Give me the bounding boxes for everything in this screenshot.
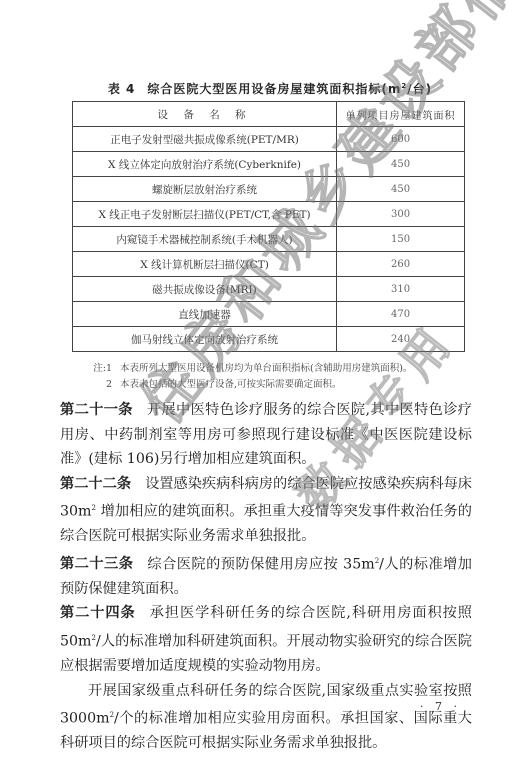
table-caption: 表 4综合医院大型医用设备房屋建筑面积指标(m2/台) (60, 80, 480, 97)
equipment-name: X 线立体定向放射治疗系统(Cyberknife) (73, 152, 337, 177)
article-text: /人的标准增加科研建筑面积。开展动物实验研究的综合医院应根据需要增加适度规模的实… (60, 634, 472, 675)
equipment-name: 伽马射线立体定向放射治疗系统 (73, 327, 337, 352)
table-number: 表 4 (108, 82, 136, 96)
body-text: 第二十一条开展中医特色诊疗服务的综合医院,其中医特色诊疗用房、中药制剂室等用房可… (60, 398, 472, 756)
table-row: X 线计算机断层扫描仪(CT) 260 (73, 252, 465, 277)
area-value: 470 (337, 302, 465, 327)
table-row: 正电子发射型磁共振成像系统(PET/MR) 600 (73, 127, 465, 152)
area-value: 310 (337, 277, 465, 302)
area-value: 240 (337, 327, 465, 352)
area-value: 600 (337, 127, 465, 152)
note-text: 本表未包括的大型医疗设备,可按实际需要确定面积。 (120, 377, 342, 393)
table-title: 综合医院大型医用设备房屋建筑面积指标(m (147, 82, 401, 96)
equipment-area-table: 设 备 名 称 单列项目房屋建筑面积 正电子发射型磁共振成像系统(PET/MR)… (72, 101, 465, 352)
table-notes: 注:1 本表所列大型医用设备机房均为单台面积指标(含辅助用房建筑面积)。 2 本… (72, 361, 492, 393)
document-page: 表 4综合医院大型医用设备房屋建筑面积指标(m2/台) 设 备 名 称 单列项目… (0, 0, 529, 767)
table-row: 内窥镜手术器械控制系统(手术机器人) 150 (73, 227, 465, 252)
article-text: 综合医院的预防保健用房应按 35m (147, 556, 374, 572)
note-item: 2 本表未包括的大型医疗设备,可按实际需要确定面积。 (72, 377, 492, 393)
article-title: 第二十二条 (60, 476, 131, 492)
article-title: 第二十三条 (60, 556, 133, 572)
table-row: 磁共振成像设备(MRI) 310 (73, 277, 465, 302)
equipment-name: 磁共振成像设备(MRI) (73, 277, 337, 302)
article-title: 第二十四条 (60, 605, 136, 621)
area-value: 150 (337, 227, 465, 252)
article-24: 第二十四条承担医学科研任务的综合医院,科研用房面积按照 50m2/人的标准增加科… (60, 601, 472, 678)
area-value: 450 (337, 152, 465, 177)
table-row: 伽马射线立体定向放射治疗系统 240 (73, 327, 465, 352)
area-value: 260 (337, 252, 465, 277)
note-item: 注:1 本表所列大型医用设备机房均为单台面积指标(含辅助用房建筑面积)。 (72, 361, 492, 377)
header-equipment-name: 设 备 名 称 (73, 102, 337, 127)
table-row: X 线正电子发射断层扫描仪(PET/CT,含 PET) 300 (73, 202, 465, 227)
equipment-name: X 线计算机断层扫描仪(CT) (73, 252, 337, 277)
article-title: 第二十一条 (60, 402, 133, 418)
table-row: X 线立体定向放射治疗系统(Cyberknife) 450 (73, 152, 465, 177)
page-number: · 7 · (420, 700, 461, 713)
article-21: 第二十一条开展中医特色诊疗服务的综合医院,其中医特色诊疗用房、中药制剂室等用房可… (60, 398, 472, 472)
paragraph-text: /个的标准增加相应实验用房面积。承担国家、国际重大科研项目的综合医院可根据实际业… (60, 711, 472, 752)
header-area: 单列项目房屋建筑面积 (337, 102, 465, 127)
equipment-name: 内窥镜手术器械控制系统(手术机器人) (73, 227, 337, 252)
article-22: 第二十二条设置感染疾病科病房的综合医院应按感染疾病科每床 30m2 增加相应的建… (60, 472, 472, 549)
table-unit-suffix: /台) (407, 82, 432, 96)
table-row: 直线加速器 470 (73, 302, 465, 327)
equipment-name: X 线正电子发射断层扫描仪(PET/CT,含 PET) (73, 202, 337, 227)
equipment-name: 直线加速器 (73, 302, 337, 327)
research-paragraph: 开展国家级重点科研任务的综合医院,国家级重点实验室按照 3000m2/个的标准增… (60, 679, 472, 756)
table-row: 螺旋断层放射治疗系统 450 (73, 177, 465, 202)
equipment-name: 正电子发射型磁共振成像系统(PET/MR) (73, 127, 337, 152)
table-header-row: 设 备 名 称 单列项目房屋建筑面积 (73, 102, 465, 127)
area-value: 300 (337, 202, 465, 227)
article-23: 第二十三条综合医院的预防保健用房应按 35m2/人的标准增加预防保健建筑面积。 (60, 549, 472, 602)
equipment-name: 螺旋断层放射治疗系统 (73, 177, 337, 202)
area-value: 450 (337, 177, 465, 202)
article-text: 增加相应的建筑面积。承担重大疫情等突发事件救治任务的综合医院可根据实际业务需求单… (60, 504, 472, 545)
note-label: 2 (72, 377, 120, 393)
note-text: 本表所列大型医用设备机房均为单台面积指标(含辅助用房建筑面积)。 (120, 361, 412, 377)
note-label: 注:1 (72, 361, 120, 377)
